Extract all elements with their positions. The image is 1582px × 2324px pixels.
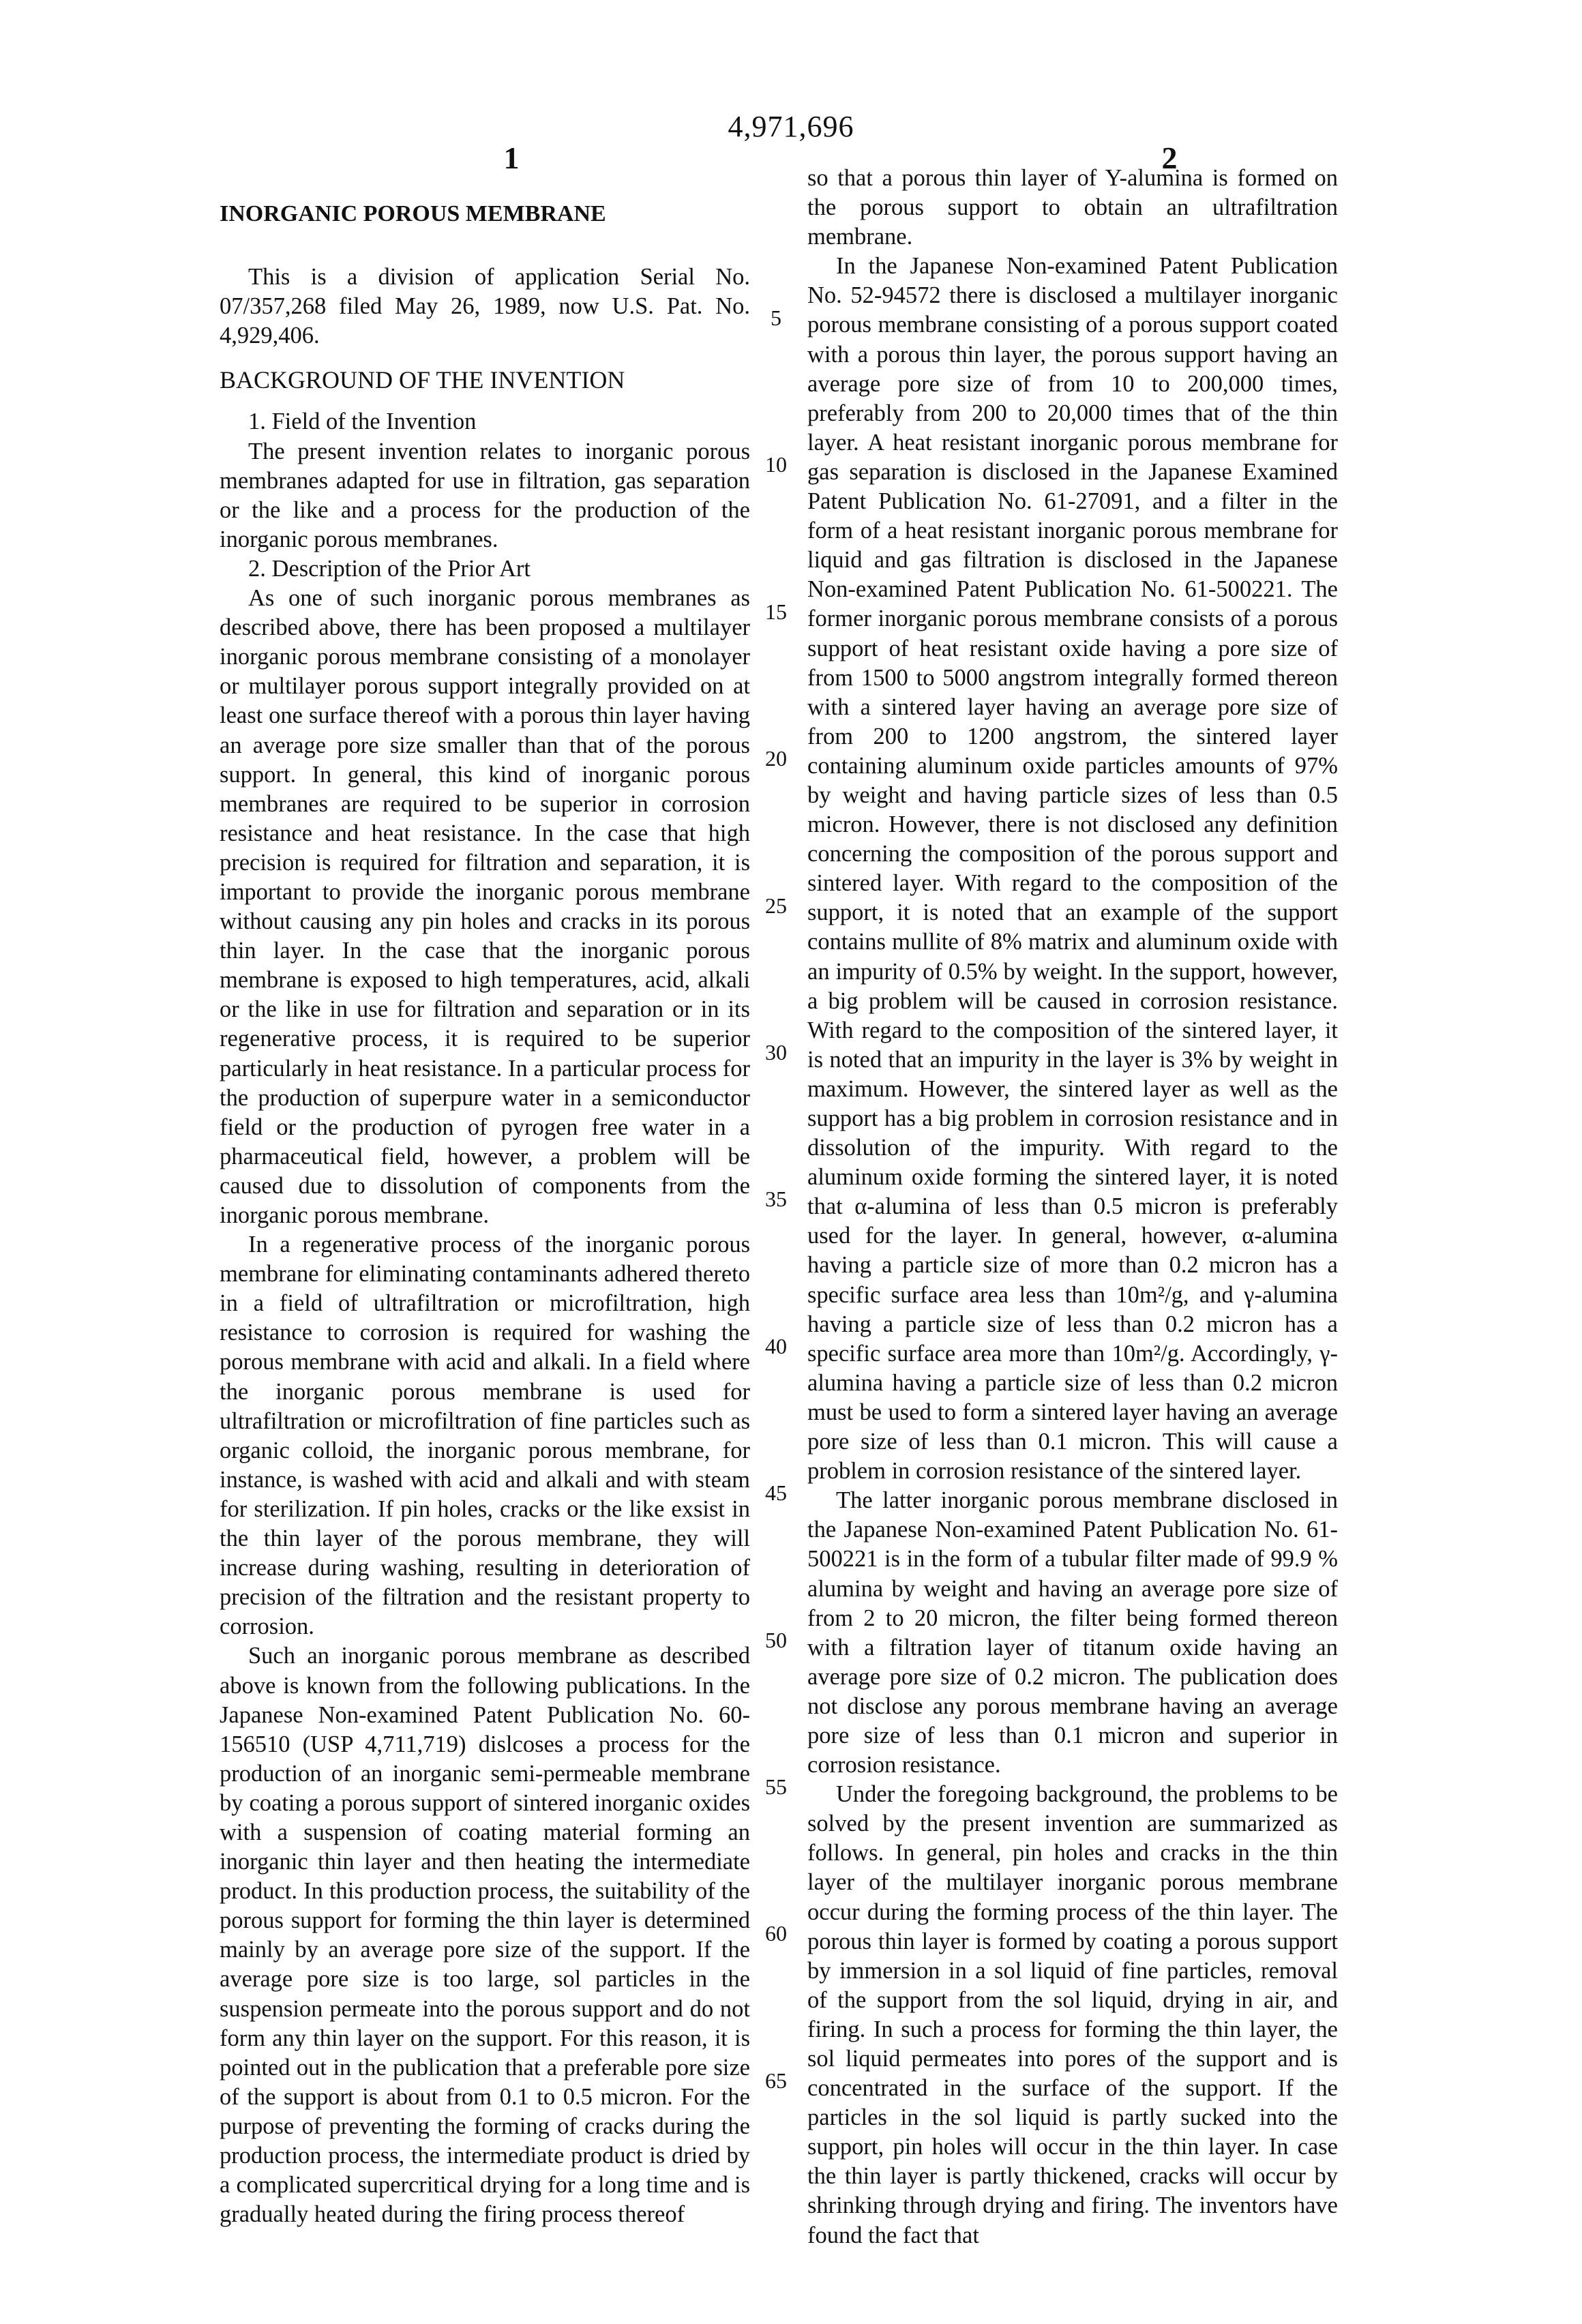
line-number: 55 (756, 1774, 796, 1800)
left-column: INORGANIC POROUS MEMBRANE This is a divi… (220, 199, 750, 2229)
body-paragraph: Such an inorganic porous membrane as des… (220, 1641, 750, 2229)
document-title: INORGANIC POROUS MEMBRANE (220, 199, 750, 228)
section-heading-background: BACKGROUND OF THE INVENTION (220, 366, 750, 395)
body-paragraph: In the Japanese Non-examined Patent Publ… (807, 252, 1338, 1486)
body-paragraph: Under the foregoing background, the prob… (807, 1780, 1338, 2250)
right-column: so that a porous thin layer of Y-alumina… (807, 164, 1338, 2250)
division-note: This is a division of application Serial… (220, 263, 750, 351)
line-number: 60 (756, 1921, 796, 1946)
subheading-field: 1. Field of the Invention (220, 407, 750, 436)
body-paragraph: The latter inorganic porous membrane dis… (807, 1486, 1338, 1780)
line-number: 25 (756, 893, 796, 919)
patent-number: 4,971,696 (0, 109, 1582, 144)
subheading-prior-art: 2. Description of the Prior Art (220, 554, 750, 584)
line-number: 10 (756, 452, 796, 477)
line-number: 65 (756, 2068, 796, 2094)
continuation-paragraph: so that a porous thin layer of Y-alumina… (807, 164, 1338, 252)
line-number: 50 (756, 1628, 796, 1653)
line-number: 5 (756, 306, 796, 331)
column-number-left: 1 (477, 140, 546, 176)
field-paragraph: The present invention relates to inorgan… (220, 437, 750, 554)
line-number: 40 (756, 1334, 796, 1359)
line-number: 45 (756, 1480, 796, 1506)
line-number: 35 (756, 1187, 796, 1212)
line-number: 30 (756, 1040, 796, 1065)
line-number: 20 (756, 746, 796, 771)
body-paragraph: As one of such inorganic porous membrane… (220, 584, 750, 1230)
line-number: 15 (756, 599, 796, 625)
body-paragraph: In a regenerative process of the inorgan… (220, 1230, 750, 1641)
